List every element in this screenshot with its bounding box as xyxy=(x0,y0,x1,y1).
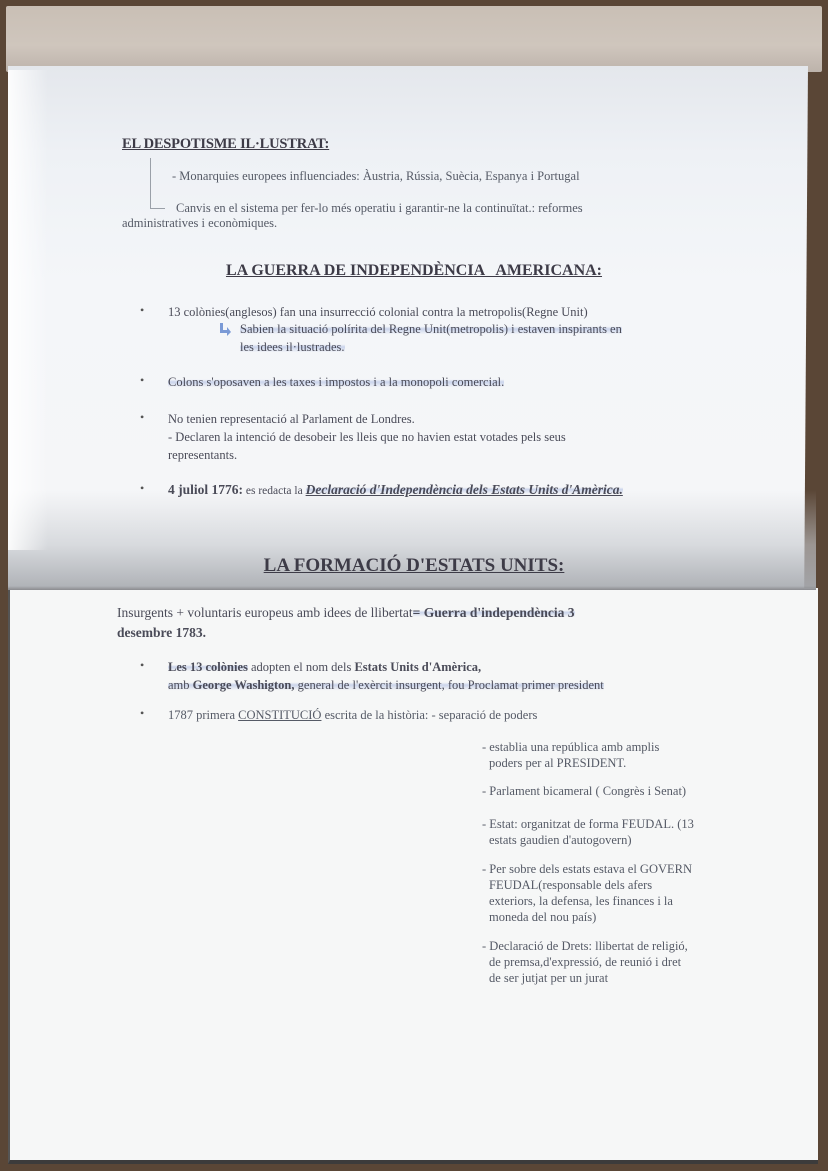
bullet-text: 13 colònies(anglesos) fan una insurrecci… xyxy=(168,303,588,321)
point-govern: - Per sobre dels estats estava el GOVERN… xyxy=(482,861,692,925)
date-1776: 4 juliol 1776: xyxy=(168,482,243,497)
section-title-guerra: LA GUERRA DE INDEPENDÈNCIA AMERICANA: xyxy=(0,262,828,280)
point-line: moneda del nou país) xyxy=(482,909,692,925)
formacio-bullet-list: • Les 13 colònies adopten el nom dels Es… xyxy=(140,658,740,728)
point-line: - Parlament bicameral ( Congrès i Senat) xyxy=(482,783,686,799)
bold-estats-units: Estats Units d'Amèrica, xyxy=(354,660,481,674)
bullet-text: Les 13 colònies adopten el nom dels Esta… xyxy=(168,658,481,676)
canvis-line: Canvis en el sistema per fer-lo més oper… xyxy=(176,201,583,216)
bullet-dot: • xyxy=(140,410,150,425)
bullet-dot: • xyxy=(140,303,150,318)
arrow-right-down-icon xyxy=(218,322,232,336)
section-title-formacio-text: LA FORMACIÓ D'ESTATS UNITS: xyxy=(264,555,565,576)
intro-bold: = Guerra d'independència 3 xyxy=(413,605,575,620)
bullet-text: No tenien representació al Parlament de … xyxy=(168,410,415,428)
section-title-guerra-text: LA GUERRA DE INDEPENDÈNCIA AMERICANA: xyxy=(226,262,602,279)
constitucio-underlined: CONSTITUCIÓ xyxy=(238,708,321,722)
bullet-text: Colons s'oposaven a les taxes i impostos… xyxy=(168,373,504,391)
point-line: FEUDAL(responsable dels afers xyxy=(482,877,692,893)
bullet-subtext: Sabien la situació polírita del Regne Un… xyxy=(240,320,622,338)
bracket-line xyxy=(150,158,165,209)
point-estat: - Estat: organitzat de forma FEUDAL. (13… xyxy=(482,816,694,848)
intro-bold-cont: desembre 1783. xyxy=(117,625,206,640)
bold-washington: George Washigton, xyxy=(193,678,295,692)
bullet-dot: • xyxy=(140,658,150,673)
text-general: general de l'exèrcit insurgent, fou xyxy=(295,678,468,692)
declaracio-line: 4 juliol 1776: es redacta la Declaració … xyxy=(168,481,623,500)
canvis-line-cont: administratives i econòmiques. xyxy=(122,216,277,231)
point-line: - Per sobre dels estats estava el GOVERN xyxy=(482,861,692,877)
declaracio-mid: es redacta la xyxy=(243,485,306,497)
text-separacio: escrita de la història: - separació de p… xyxy=(321,708,537,722)
formacio-intro: Insurgents + voluntaris europeus amb ide… xyxy=(117,603,717,643)
text-amb: amb xyxy=(168,678,193,692)
bullet-dot: • xyxy=(140,706,150,721)
point-line: - establia una república amb amplis xyxy=(482,739,659,755)
point-line: estats gaudien d'autogovern) xyxy=(482,832,694,848)
text-president: primer president xyxy=(518,678,603,692)
bullet-subtext-cont: representants. xyxy=(168,446,237,464)
bullet-text-cont: amb George Washigton, general de l'exèrc… xyxy=(168,676,604,694)
point-line: - Declaració de Drets: llibertat de reli… xyxy=(482,938,688,954)
point-line: exteriors, la defensa, les finances i la xyxy=(482,893,692,909)
intro-plain: Insurgents + voluntaris europeus amb ide… xyxy=(117,605,413,620)
bullet-dot: • xyxy=(140,373,150,388)
section-title-despotisme: EL DESPOTISME IL·LUSTRAT: xyxy=(122,136,329,153)
point-line: de ser jutjat per un jurat xyxy=(482,970,688,986)
declaracio-title: Declaració d'Independència dels Estats U… xyxy=(306,482,623,497)
point-line: poders per al PRESIDENT. xyxy=(482,755,659,771)
document-content: EL DESPOTISME IL·LUSTRAT: - Monarquies e… xyxy=(0,0,828,1171)
point-line: de premsa,d'expressió, de reunió i dret xyxy=(482,954,688,970)
monarquies-line: - Monarquies europees influenciades: Àus… xyxy=(172,169,580,184)
bullet-subtext-cont: les idees il·lustrades. xyxy=(240,338,345,356)
bullet-text: 1787 primera CONSTITUCIÓ escrita de la h… xyxy=(168,706,537,724)
point-parlament: - Parlament bicameral ( Congrès i Senat) xyxy=(482,783,686,799)
bold-colonies: Les 13 colònies xyxy=(168,660,248,674)
bullet-dot: • xyxy=(140,481,150,496)
bullet-subtext: - Declaren la intenció de desobeir les l… xyxy=(168,428,566,446)
text-proclamat: Proclamat xyxy=(468,678,519,692)
section-title-formacio: LA FORMACIÓ D'ESTATS UNITS: xyxy=(0,555,828,577)
text-adopten: adopten el nom dels xyxy=(248,660,355,674)
point-republica: - establia una república amb amplis pode… xyxy=(482,739,659,771)
point-drets: - Declaració de Drets: llibertat de reli… xyxy=(482,938,688,986)
point-line: - Estat: organitzat de forma FEUDAL. (13 xyxy=(482,816,694,832)
text-1787: 1787 primera xyxy=(168,708,238,722)
